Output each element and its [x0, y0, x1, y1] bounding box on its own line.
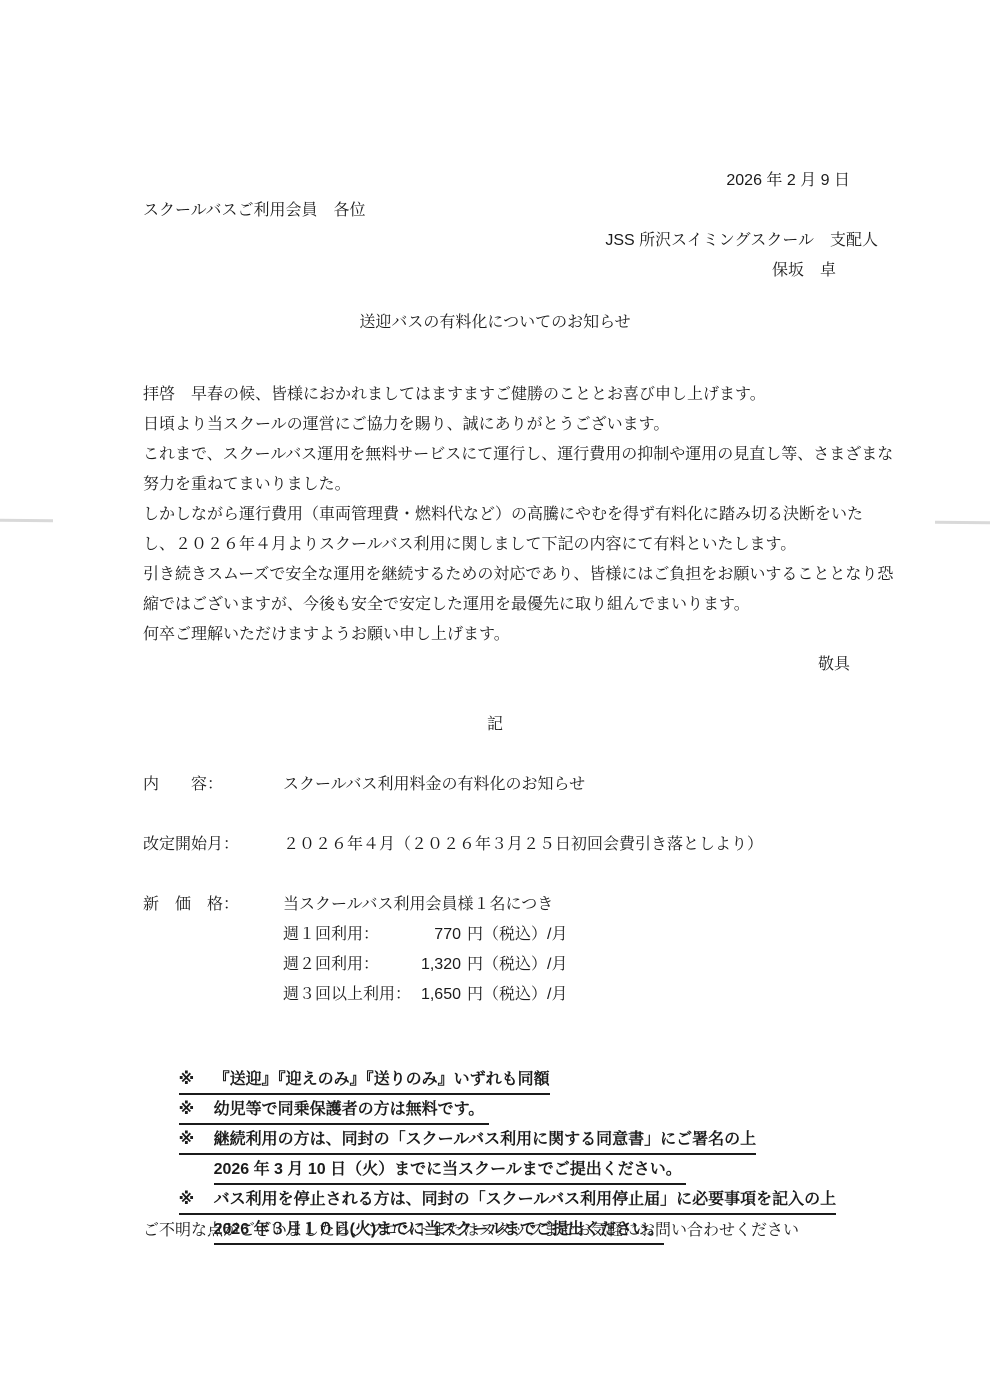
- body-line: 何卒ご理解いただけますようお願い申し上げます。: [143, 620, 990, 650]
- note-marker: ※: [179, 1067, 214, 1093]
- note-marker: ※: [179, 1187, 214, 1213]
- notes-section: ※ 『送迎』『迎えのみ』『送りのみ』いずれも同額 ※ 幼児等で同乗保護者の方は無…: [143, 1036, 990, 1246]
- price-row-weekly-1: 週１回利用： 770 円（税込）/月: [283, 920, 990, 950]
- note-text: バス利用を停止される方は、同封の「スクールバス利用停止届」に必要事項を記入の上: [214, 1187, 837, 1213]
- letter-content: 2026 年 2 月 9 日 スクールバスご利用会員 各位 JSS 所沢スイミン…: [0, 0, 990, 1400]
- closing-keigu: 敬具: [143, 650, 990, 680]
- detail-value: 当スクールバス利用会員様１名につき: [283, 890, 553, 920]
- price-unit: 円（税込）/月: [467, 980, 567, 1010]
- record-heading: 記: [0, 710, 990, 740]
- document-title: 送迎バスの有料化についてのお知らせ: [0, 308, 990, 338]
- price-amount: 770: [413, 920, 461, 950]
- detail-label: 改定開始月：: [143, 830, 283, 860]
- note-marker: ※: [179, 1097, 214, 1123]
- note-text: 2026 年 3 月 10 日（火）までに当スクールまでご提出ください。: [214, 1157, 687, 1183]
- body-line: しかしながら運行費用（車両管理費・燃料代など）の高騰にやむを得ず有料化に踏み切る…: [143, 500, 990, 530]
- detail-row-new-price: 新 価 格： 当スクールバス利用会員様１名につき: [143, 890, 990, 920]
- footer-contact-note: ご不明な点がございましたら、フロントまたはスタッフまでお気軽にお問い合わせくださ…: [143, 1216, 990, 1246]
- price-label: 週１回利用：: [283, 920, 413, 950]
- document-page: 2026 年 2 月 9 日 スクールバスご利用会員 各位 JSS 所沢スイミン…: [0, 0, 990, 1400]
- price-label: 週２回利用：: [283, 950, 413, 980]
- letter-body: 拝啓 早春の候、皆様におかれましてはますますご健勝のこととお喜び申し上げます。 …: [143, 380, 990, 650]
- price-amount: 1,650: [413, 980, 461, 1010]
- date-line: 2026 年 2 月 9 日: [143, 166, 990, 196]
- price-label: 週３回以上利用：: [283, 980, 413, 1010]
- detail-row-content: 内 容： スクールバス利用料金の有料化のお知らせ: [143, 770, 990, 800]
- sender-name-line: 保坂 卓: [143, 256, 990, 286]
- note-same-fee: ※ 『送迎』『迎えのみ』『送りのみ』いずれも同額: [143, 1036, 990, 1066]
- price-row-weekly-3plus: 週３回以上利用： 1,650 円（税込）/月: [283, 980, 990, 1010]
- body-line: 縮ではございますが、今後も安全で安定した運用を最優先に取り組んでまいります。: [143, 590, 990, 620]
- note-marker: ※: [179, 1127, 214, 1153]
- recipient-line: スクールバスご利用会員 各位: [143, 196, 990, 226]
- body-line: 日頃より当スクールの運営にご協力を賜り、誠にありがとうございます。: [143, 410, 990, 440]
- body-line: し、２０２６年４月よりスクールバス利用に関しまして下記の内容にて有料といたします…: [143, 530, 990, 560]
- body-line: 拝啓 早春の候、皆様におかれましてはますますご健勝のこととお喜び申し上げます。: [143, 380, 990, 410]
- detail-value: ２０２６年４月（２０２６年３月２５日初回会費引き落としより）: [283, 830, 763, 860]
- body-line: これまで、スクールバス運用を無料サービスにて運行し、運行費用の抑制や運用の見直し…: [143, 440, 990, 470]
- note-text: 『送迎』『迎えのみ』『送りのみ』いずれも同額: [214, 1067, 550, 1093]
- body-line: 努力を重ねてまいりました。: [143, 470, 990, 500]
- body-line: 引き続きスムーズで安全な運用を継続するための対応であり、皆様にはご負担をお願いす…: [143, 560, 990, 590]
- price-unit: 円（税込）/月: [467, 920, 567, 950]
- detail-value: スクールバス利用料金の有料化のお知らせ: [283, 770, 585, 800]
- price-row-weekly-2: 週２回利用： 1,320 円（税込）/月: [283, 950, 990, 980]
- detail-row-start-month: 改定開始月： ２０２６年４月（２０２６年３月２５日初回会費引き落としより）: [143, 830, 990, 860]
- note-text: 継続利用の方は、同封の「スクールバス利用に関する同意書」にご署名の上: [214, 1127, 757, 1153]
- detail-label: 内 容：: [143, 770, 283, 800]
- sender-org-line: JSS 所沢スイミングスクール 支配人: [143, 226, 990, 256]
- price-amount: 1,320: [413, 950, 461, 980]
- detail-label: 新 価 格：: [143, 890, 283, 920]
- price-unit: 円（税込）/月: [467, 950, 567, 980]
- note-text: 幼児等で同乗保護者の方は無料です。: [214, 1097, 489, 1123]
